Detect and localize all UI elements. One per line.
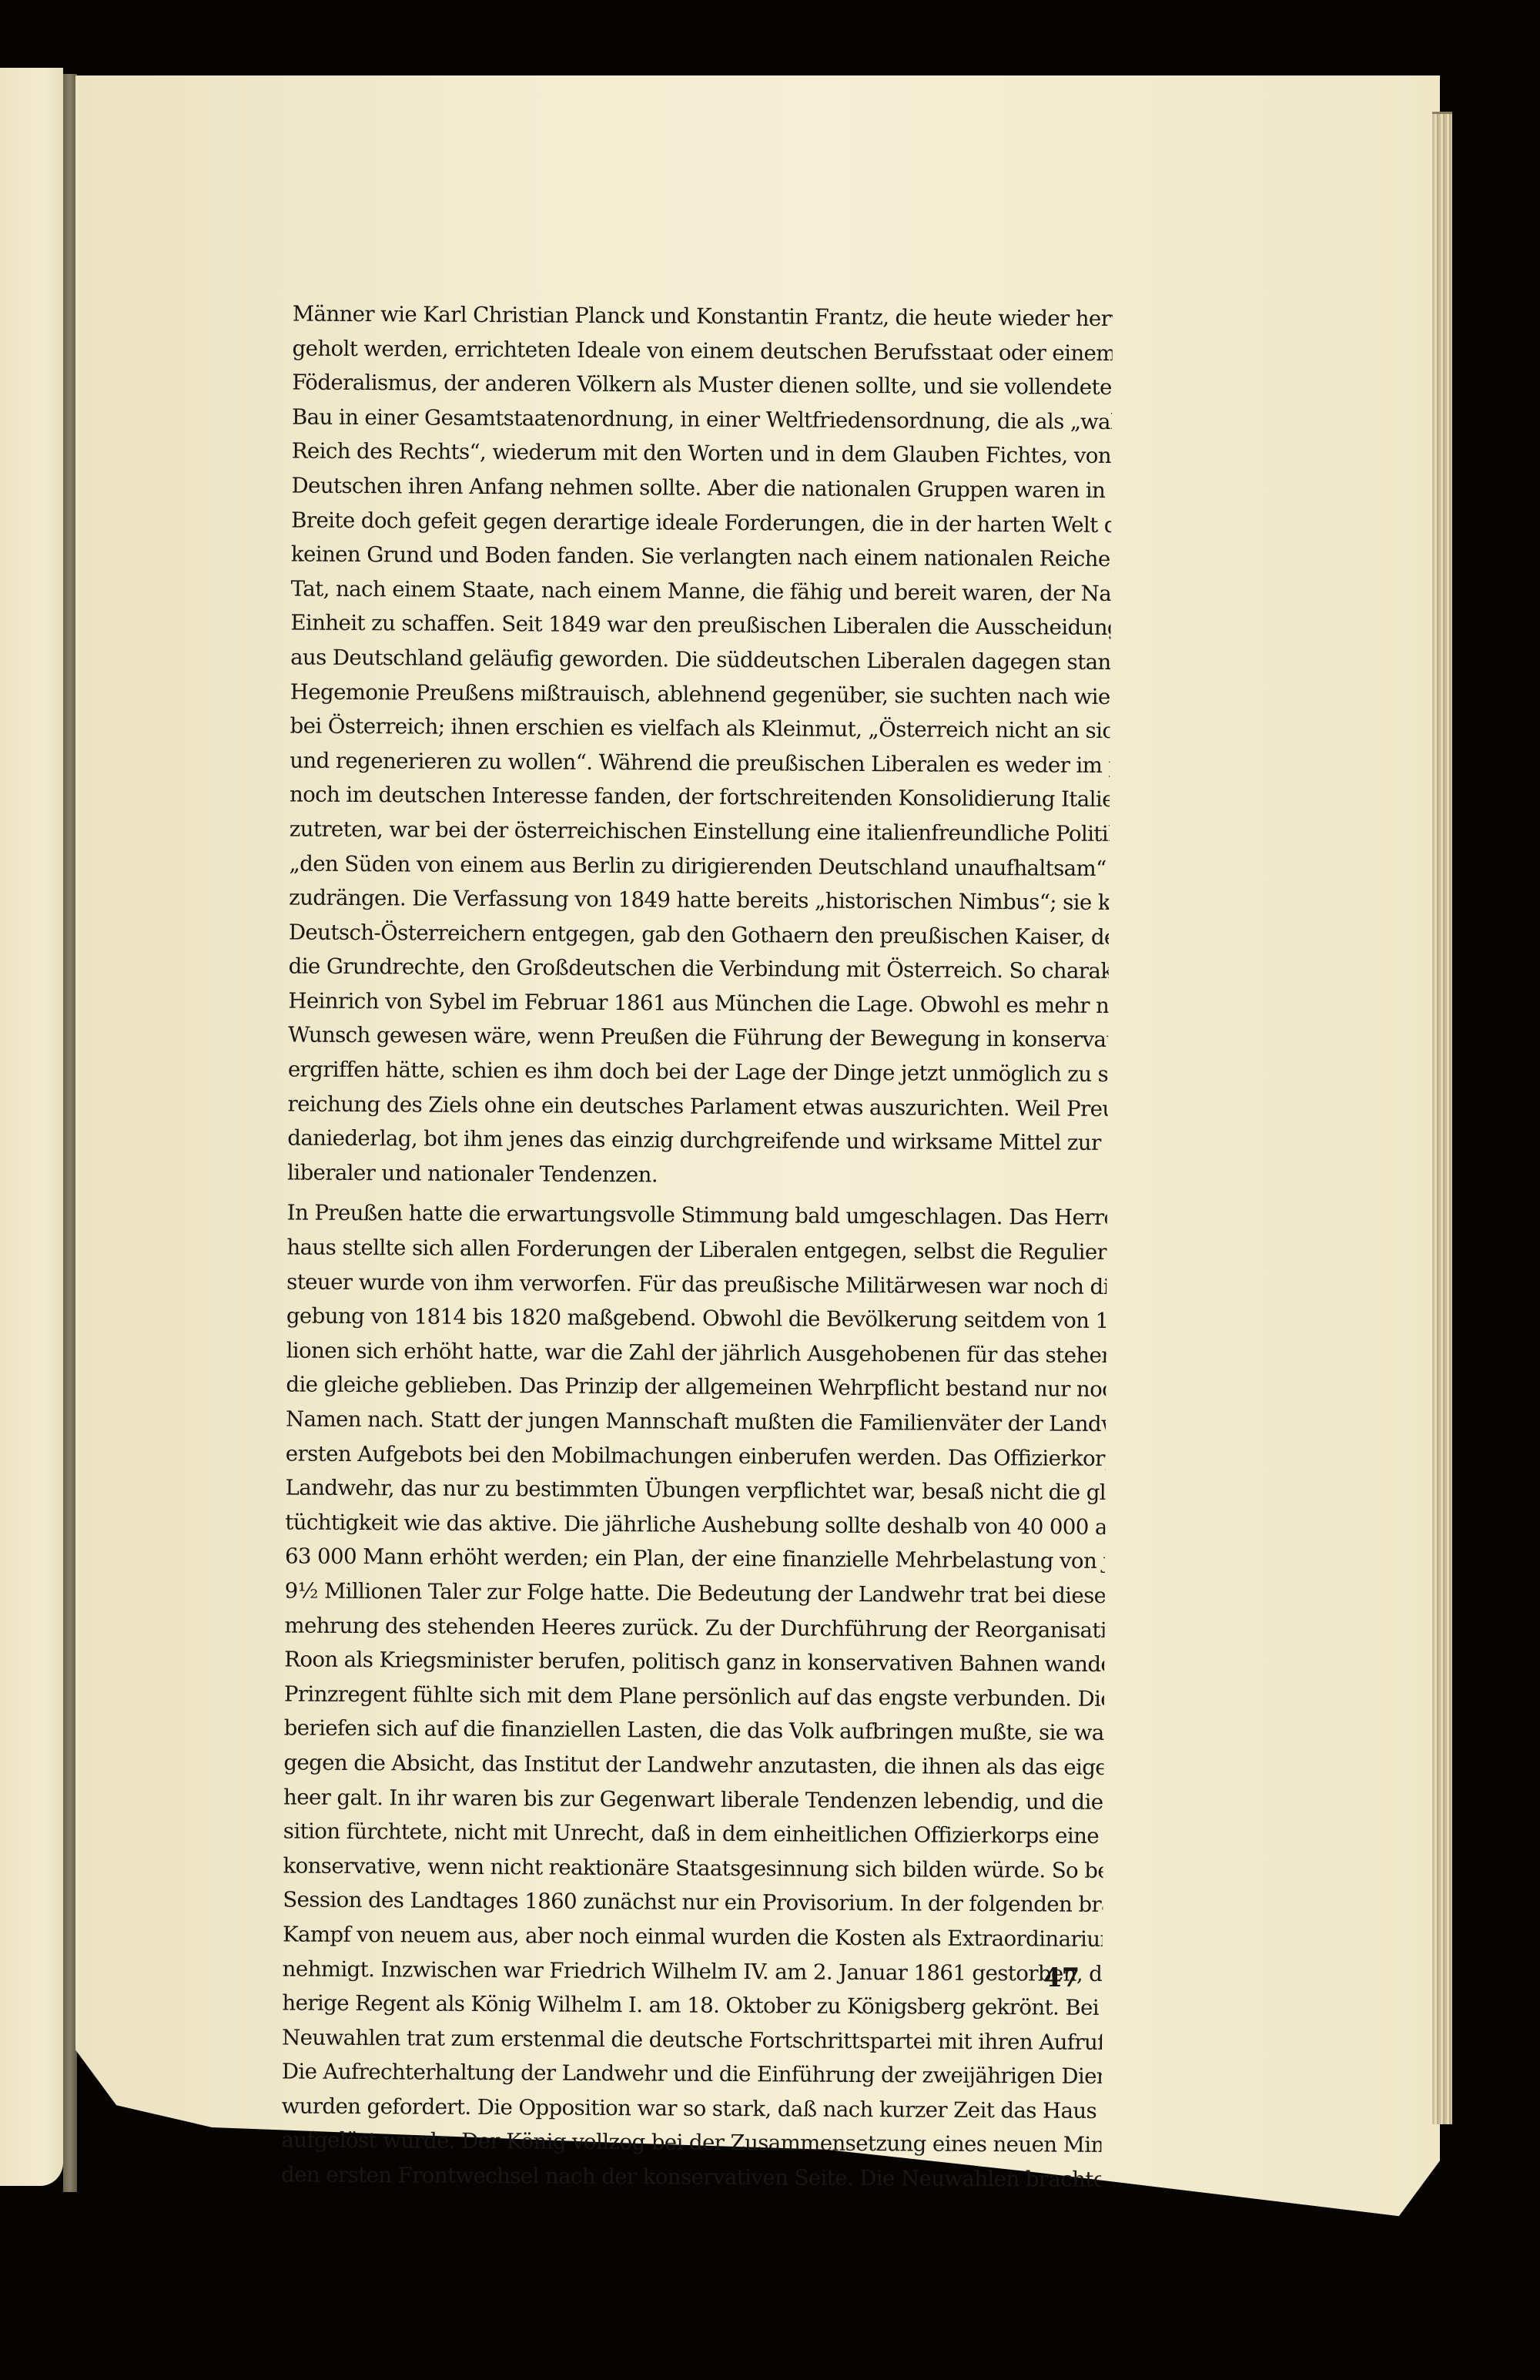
text-line: „den Süden von einem aus Berlin zu dirig…: [227, 846, 1109, 886]
text-line: bei Österreich; ihnen erschien es vielfa…: [228, 709, 1110, 749]
facing-page-edge: [0, 68, 63, 2186]
text-line: zudrängen. Die Verfassung von 1849 hatte…: [227, 880, 1109, 920]
text-line: Männer wie Karl Christian Planck und Kon…: [231, 297, 1113, 337]
text-line: 9½ Millionen Taler zur Folge hatte. Die …: [223, 1574, 1105, 1614]
text-line: In Preußen hatte die erwartungsvolle Sti…: [226, 1195, 1107, 1235]
page-number: 47: [1043, 1963, 1080, 1993]
text-line: Heinrich von Sybel im Februar 1861 aus M…: [226, 984, 1108, 1024]
text-line: Deutsch-Österreichern entgegen, gab den …: [227, 915, 1109, 955]
text-line: daniederlag, bot ihm jenes das einzig du…: [226, 1121, 1107, 1161]
text-line: Deutschen ihren Anfang nehmen sollte. Ab…: [229, 468, 1111, 508]
text-line: sition fürchtete, nicht mit Unrecht, daß…: [222, 1814, 1103, 1854]
text-line: Reich des Rechts“, wiederum mit den Wort…: [230, 434, 1112, 474]
text-line: Landwehr, das nur zu bestimmten Übungen …: [223, 1470, 1105, 1510]
text-line: mehrung des stehenden Heeres zurück. Zu …: [223, 1608, 1104, 1648]
text-line: Die Aufrechterhaltung der Landwehr und d…: [220, 2054, 1102, 2094]
text-line: heer galt. In ihr waren bis zur Gegenwar…: [222, 1779, 1103, 1819]
text-line: Hegemonie Preußens mißtrauisch, ablehnen…: [229, 675, 1110, 715]
paragraph-1: Männer wie Karl Christian Planck und Kon…: [226, 297, 1113, 1195]
text-line: keinen Grund und Boden fanden. Sie verla…: [229, 537, 1111, 577]
text-line: Prinzregent fühlte sich mit dem Plane pe…: [223, 1677, 1104, 1717]
text-line: aufgelöst wurde. Der König vollzog bei d…: [219, 2123, 1101, 2163]
text-line: herige Regent als König Wilhelm I. am 18…: [220, 1986, 1102, 2026]
text-line: steuer wurde von ihm verworfen. Für das …: [225, 1265, 1106, 1305]
text-line: aus Deutschland geläufig geworden. Die s…: [229, 640, 1110, 680]
text-line: Session des Landtages 1860 zunächst nur …: [221, 1882, 1103, 1922]
text-line: den ersten Frontwechsel nach der konserv…: [219, 2157, 1101, 2197]
text-line: die Grundrechte, den Großdeutschen die V…: [227, 949, 1109, 989]
text-line: geholt werden, errichteten Ideale von ei…: [230, 331, 1112, 371]
text-line: beriefen sich auf die finanziellen Laste…: [223, 1711, 1104, 1751]
text-line: 63 000 Mann erhöht werden; ein Plan, der…: [223, 1539, 1105, 1579]
text-line: ersten Aufgebots bei den Mobilmachungen …: [224, 1436, 1106, 1477]
text-line: und regenerieren zu wollen“. Während die…: [228, 743, 1110, 783]
page-stack-edge: [1432, 112, 1452, 2124]
text-line: Föderalismus, der anderen Völkern als Mu…: [230, 365, 1112, 405]
text-line: liberaler und nationaler Tendenzen.: [226, 1155, 1107, 1195]
text-line: gegen die Absicht, das Institut der Land…: [222, 1745, 1103, 1785]
text-line: Bau in einer Gesamtstaatenordnung, in ei…: [230, 400, 1112, 440]
text-line: Namen nach. Statt der jungen Mannschaft …: [224, 1402, 1106, 1442]
text-line: ergriffen hätte, schien es ihm doch bei …: [226, 1052, 1108, 1092]
text-line: Einheit zu schaffen. Seit 1849 war den p…: [229, 605, 1110, 645]
text-line: Kampf von neuem aus, aber noch einmal wu…: [221, 1917, 1103, 1957]
text-line: gebung von 1814 bis 1820 maßgebend. Obwo…: [225, 1299, 1106, 1339]
text-line: wurden gefordert. Die Opposition war so …: [220, 2089, 1102, 2129]
text-line: lionen sich erhöht hatte, war die Zahl d…: [225, 1333, 1106, 1373]
text-line: noch im deutschen Interesse fanden, der …: [228, 777, 1110, 817]
text-line: tüchtigkeit wie das aktive. Die jährlich…: [223, 1505, 1105, 1545]
text-line: reichung des Ziels ohne ein deutsches Pa…: [226, 1087, 1107, 1127]
paragraph-2: In Preußen hatte die erwartungsvolle Sti…: [219, 1195, 1107, 2197]
text-line: zutreten, war bei der österreichischen E…: [228, 812, 1110, 852]
text-line: konservative, wenn nicht reaktionäre Sta…: [221, 1849, 1103, 1889]
text-line: Tat, nach einem Staate, nach einem Manne…: [229, 572, 1111, 612]
text-line: die gleiche geblieben. Das Prinzip der a…: [224, 1367, 1106, 1407]
text-line: Roon als Kriegsminister berufen, politis…: [223, 1642, 1104, 1682]
body-text: Männer wie Karl Christian Planck und Kon…: [219, 297, 1113, 2197]
text-line: haus stellte sich allen Forderungen der …: [225, 1230, 1106, 1270]
text-line: nehmigt. Inzwischen war Friedrich Wilhel…: [221, 1951, 1103, 1991]
text-line: Breite doch gefeit gegen derartige ideal…: [229, 503, 1111, 543]
text-line: Neuwahlen trat zum erstenmal die deutsch…: [220, 2020, 1102, 2060]
text-line: Wunsch gewesen wäre, wenn Preußen die Fü…: [226, 1017, 1108, 1058]
book-gutter: [63, 74, 77, 2192]
